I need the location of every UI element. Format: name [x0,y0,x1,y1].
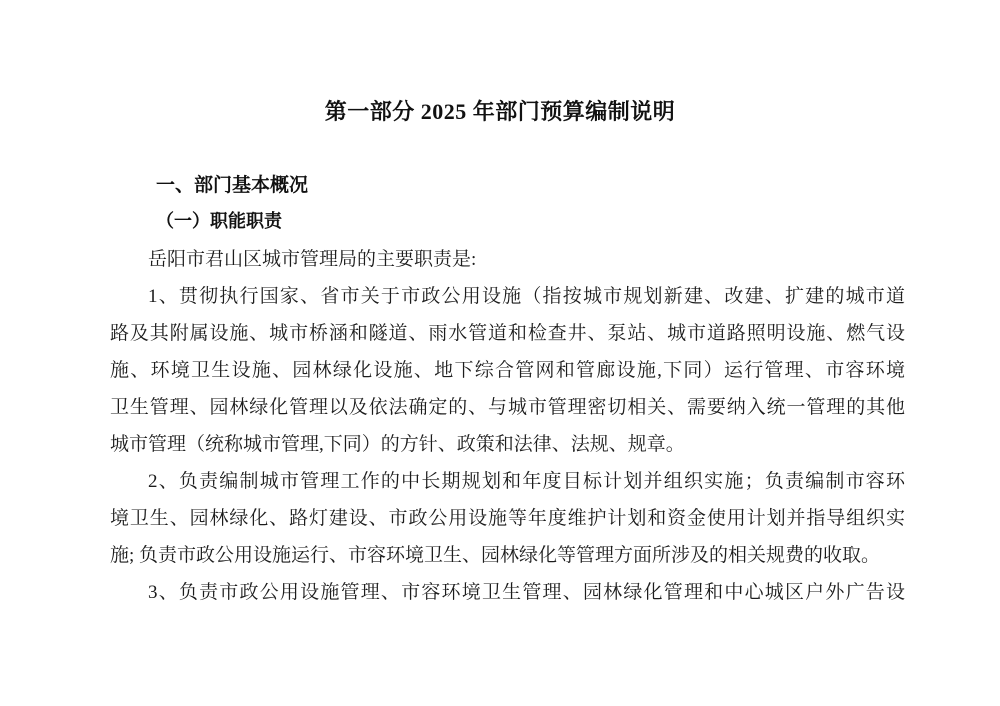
paragraph-line: 施; 负责市政公用设施运行、市容环境卫生、园林绿化等管理方面所涉及的相关规费的收… [110,537,905,574]
document-body: 岳阳市君山区城市管理局的主要职责是: 1、贯彻执行国家、省市关于市政公用设施（指… [110,241,905,611]
paragraph-line: 岳阳市君山区城市管理局的主要职责是: [110,241,905,278]
paragraph-line: 2、负责编制城市管理工作的中长期规划和年度目标计划并组织实施；负责编制市容环 [110,463,905,500]
paragraph-line: 境卫生、园林绿化、路灯建设、市政公用设施等年度维护计划和资金使用计划并指导组织实 [110,500,905,537]
paragraph-line: 城市管理（统称城市管理,下同）的方针、政策和法律、法规、规章。 [110,426,905,463]
paragraph-line: 卫生管理、园林绿化管理以及依法确定的、与城市管理密切相关、需要纳入统一管理的其他 [110,389,905,426]
document-title: 第一部分 2025 年部门预算编制说明 [0,99,1000,125]
section-heading: 一、部门基本概况 [110,175,905,198]
paragraph-line: 3、负责市政公用设施管理、市容环境卫生管理、园林绿化管理和中心城区户外广告设 [110,574,905,611]
paragraph-line: 施、环境卫生设施、园林绿化设施、地下综合管网和管廊设施,下同）运行管理、市容环境 [110,352,905,389]
subsection-heading: （一）职能职责 [110,211,905,233]
document-page: 第一部分 2025 年部门预算编制说明 一、部门基本概况 （一）职能职责 岳阳市… [0,0,1000,706]
paragraph-line: 1、贯彻执行国家、省市关于市政公用设施（指按城市规划新建、改建、扩建的城市道 [110,278,905,315]
paragraph-line: 路及其附属设施、城市桥涵和隧道、雨水管道和检查井、泵站、城市道路照明设施、燃气设 [110,315,905,352]
